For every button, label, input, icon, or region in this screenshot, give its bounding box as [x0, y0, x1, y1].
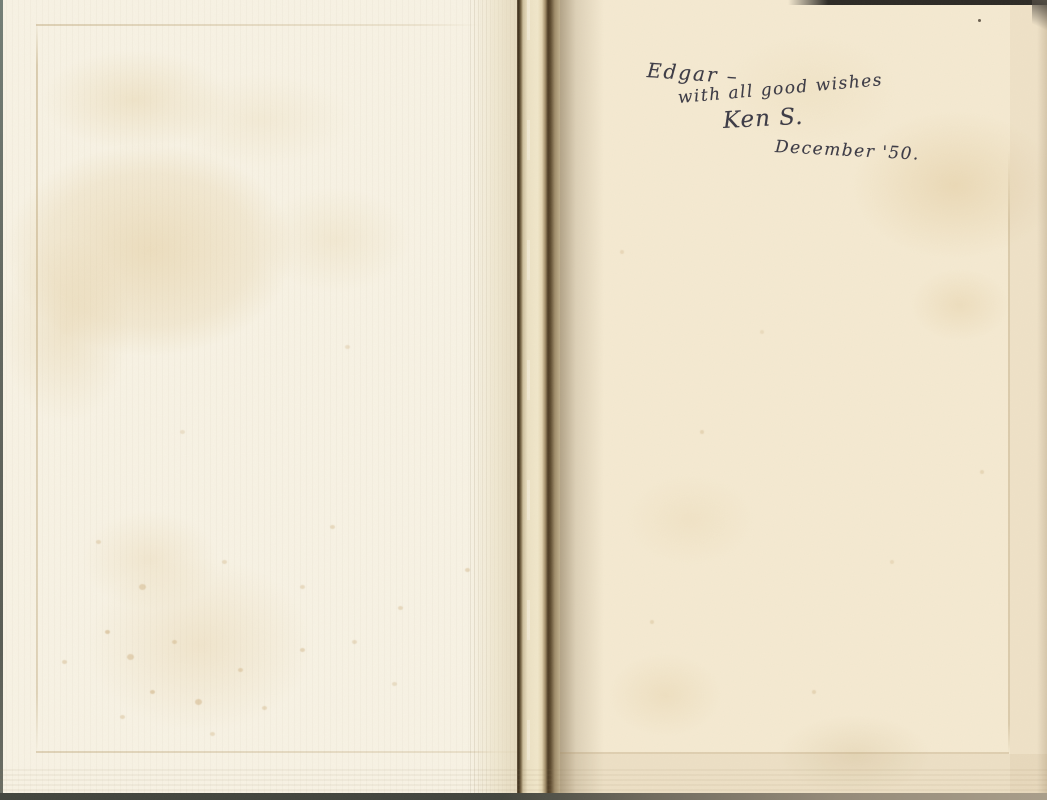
inscription-signature: Ken S.: [722, 104, 804, 134]
left-page-pastedown: [0, 0, 517, 800]
page-block-edge-texture: [470, 0, 517, 800]
right-page-free-endpaper: Edgar – with all good wishes Ken S. Dece…: [560, 0, 1047, 800]
scan-edge-bottom: [0, 793, 1047, 800]
board-impression-vertical: [1008, 150, 1010, 754]
book-scan: Edgar – with all good wishes Ken S. Dece…: [0, 0, 1047, 800]
book-gutter-spine-fold: [517, 0, 560, 800]
cover-turn-in-impression-top: [36, 24, 482, 26]
cover-turn-in-impression-vertical: [36, 22, 38, 752]
paper-ribbing-texture: [0, 769, 1047, 793]
handwritten-inscription: Edgar – with all good wishes Ken S. Dece…: [560, 0, 1047, 220]
cover-turn-in-impression-bottom: [36, 751, 517, 753]
scan-edge-left: [0, 0, 3, 800]
board-impression-horizontal: [560, 752, 1009, 754]
inscription-date: December '50.: [774, 137, 920, 165]
